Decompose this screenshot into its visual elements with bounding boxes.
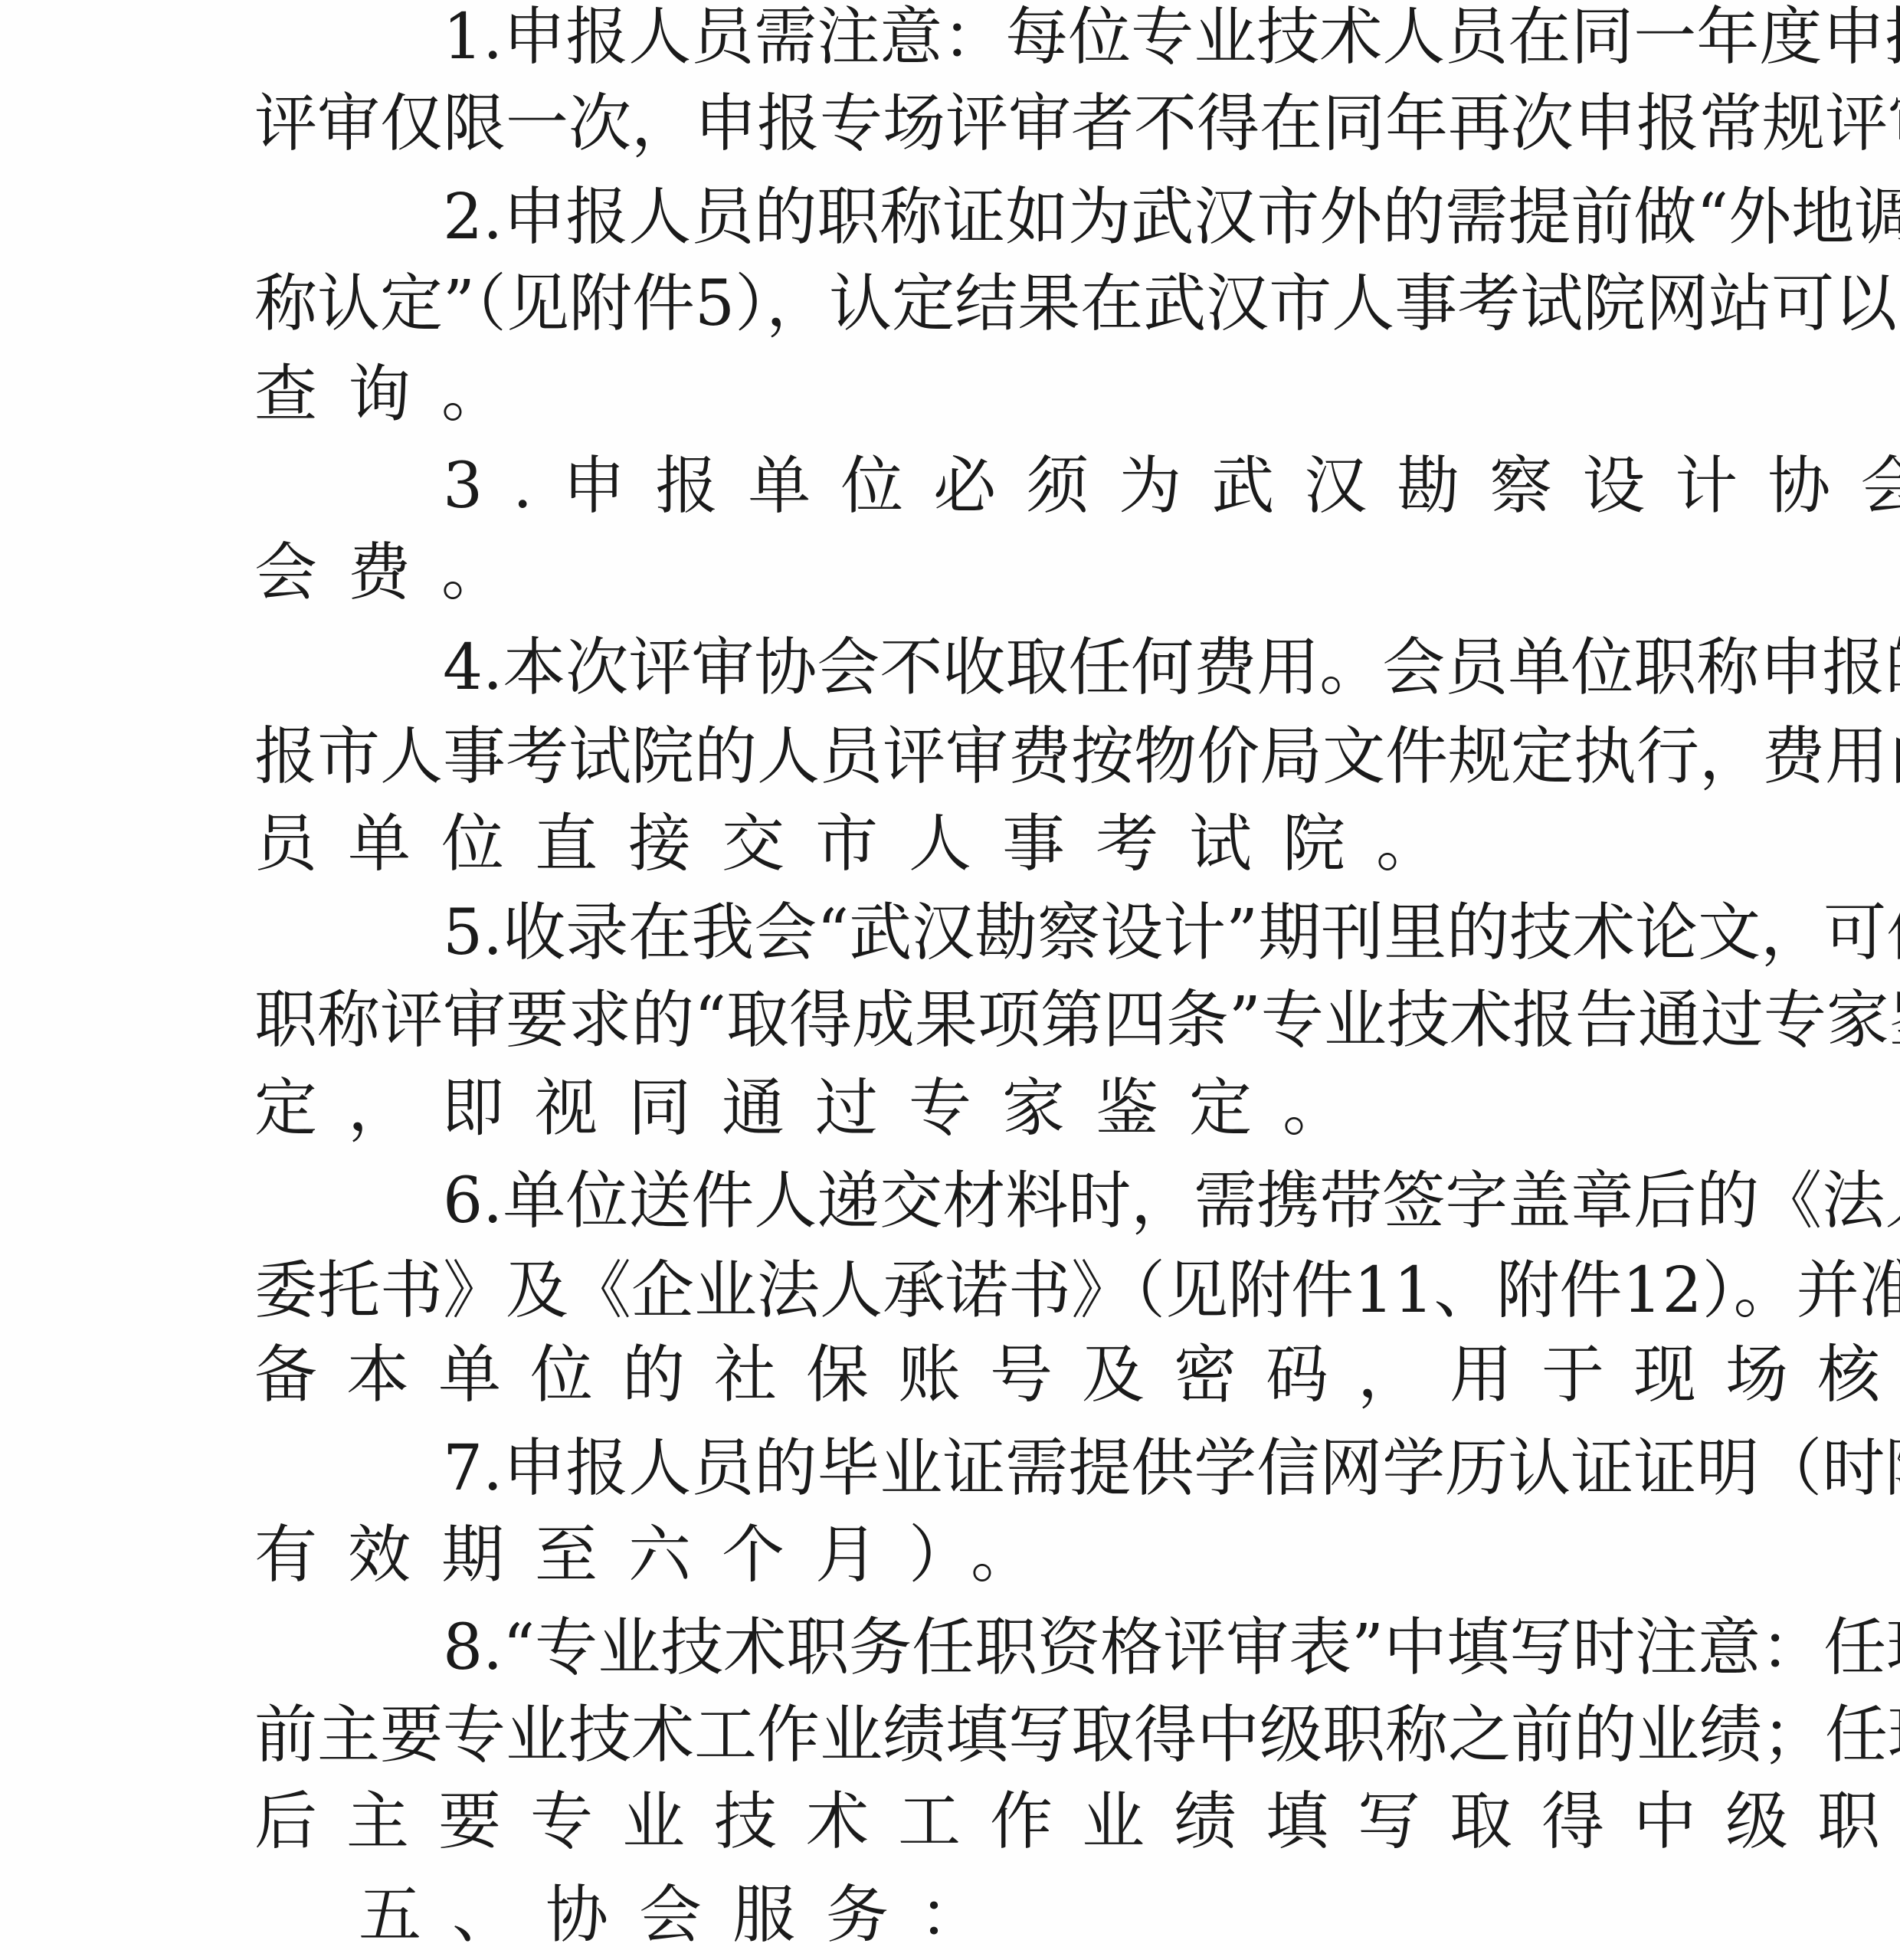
item-5-line-1: 5.收录在我会“武汉勘察设计”期刊里的技术论文，可作为 xyxy=(443,889,1672,978)
item-5-line-3: 定，即视同通过专家鉴定。 xyxy=(254,1064,1376,1153)
section-heading-association-services: 五、协会服务： xyxy=(359,1871,1013,1960)
item-6-line-1: 6.单位送件人递交材料时，需携带签字盖章后的《法人授权 xyxy=(443,1157,1672,1246)
item-1-line-2: 评审仅限一次，申报专场评审者不得在同年再次申报常规评审。 xyxy=(254,80,1672,169)
item-6-line-3: 备本单位的社保账号及密码，用于现场核查申报人社保信息。 xyxy=(254,1331,1900,1420)
item-8-line-3: 后主要专业技术工作业绩填写取得中级职称之后的业绩。 xyxy=(254,1778,1900,1867)
item-4-line-3: 员单位直接交市人事考试院。 xyxy=(254,800,1469,889)
item-7-line-1: 7.申报人员的毕业证需提供学信网学历认证证明（时限延长 xyxy=(443,1424,1672,1513)
item-7-line-2: 有效期至六个月）。 xyxy=(254,1511,1064,1600)
item-5-line-2: 职称评审要求的“取得成果项第四条”专业技术报告通过专家鉴 xyxy=(254,976,1672,1065)
item-4-line-1: 4.本次评审协会不收取任何费用。会员单位职称申报的材料 xyxy=(443,624,1672,713)
item-4-line-2: 报市人事考试院的人员评审费按物价局文件规定执行，费用由会 xyxy=(254,713,1672,801)
item-3-line-2: 会费。 xyxy=(254,529,535,618)
item-2-line-1: 2.申报人员的职称证如为武汉市外的需提前做“外地调入职 xyxy=(443,173,1672,262)
item-3-line-1: 3.申报单位必须为武汉勘察设计协会会员单位并按时缴纳 xyxy=(443,442,1900,531)
item-8-line-2: 前主要专业技术工作业绩填写取得中级职称之前的业绩；任现职 xyxy=(254,1691,1672,1780)
item-6-line-2: 委托书》及《企业法人承诺书》（见附件11、附件12）。并准 xyxy=(254,1247,1672,1336)
item-8-line-1: 8.“专业技术职务任职资格评审表”中填写时注意：任现职 xyxy=(443,1604,1672,1693)
document-page: 1.申报人员需注意：每位专业技术人员在同一年度申报职称 评审仅限一次，申报专场评… xyxy=(0,0,1900,1960)
item-2-line-2: 称认定”（见附件5），认定结果在武汉市人事考试院网站可以 xyxy=(254,260,1672,349)
item-2-line-3: 查询。 xyxy=(254,350,535,439)
item-1-line-1: 1.申报人员需注意：每位专业技术人员在同一年度申报职称 xyxy=(443,0,1672,82)
